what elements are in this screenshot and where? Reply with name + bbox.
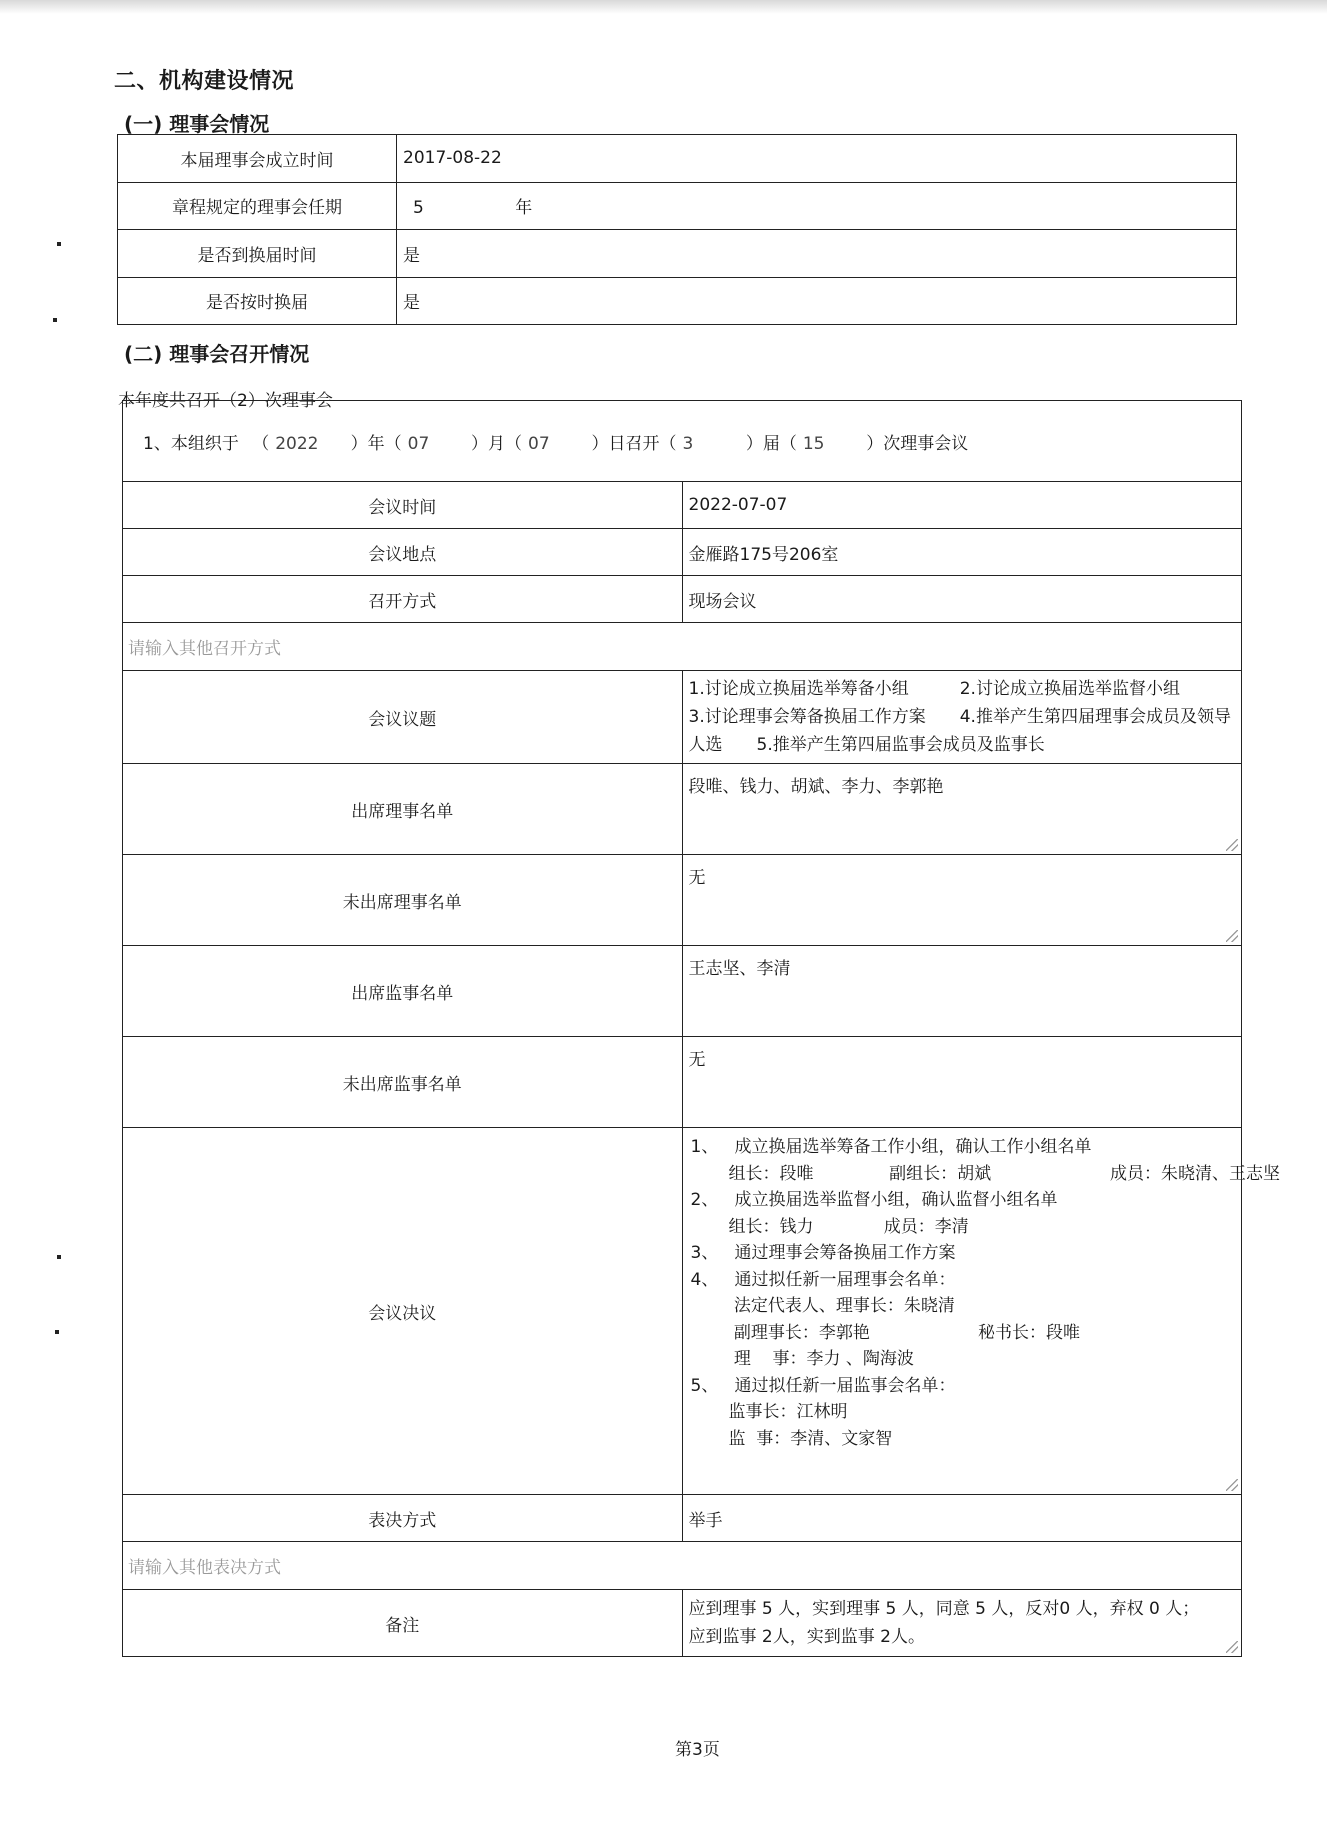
voting-method-field[interactable]: 举手 (682, 1495, 1242, 1542)
intro-text: ）日召开（ (591, 429, 676, 454)
resolution-line: 5、 通过拟任新一届监事会名单： (691, 1373, 1234, 1400)
absent-directors-textarea[interactable]: 无 (682, 855, 1242, 946)
resolution-line: 3、 通过理事会筹备换届工作方案 (691, 1240, 1234, 1267)
field-label: 未出席监事名单 (123, 1037, 683, 1128)
resolution-line: 副理事长：李郭艳 秘书长：段唯 (691, 1320, 1234, 1347)
resolution-line: 4、 通过拟任新一届理事会名单： (691, 1267, 1234, 1294)
year-field[interactable]: 2022 (269, 434, 345, 454)
section-title: 二、机构建设情况 (114, 64, 294, 95)
absent-supervisors-textarea[interactable]: 无 (682, 1037, 1242, 1128)
table-row: 未出席监事名单 无 (123, 1037, 1242, 1128)
attending-directors-textarea[interactable]: 段唯、钱力、胡斌、李力、李郭艳 (682, 764, 1242, 855)
field-label: 会议议题 (123, 671, 683, 764)
meeting-table: 1、本组织于 （2022 ）年（07 ）月（07 ）日召开（3 ）届（15 ）次… (122, 400, 1242, 1657)
scan-speck (55, 1330, 59, 1334)
table-row: 出席监事名单 王志坚、李清 (123, 946, 1242, 1037)
board-info-title: (一) 理事会情况 (124, 108, 269, 137)
table-row: 备注 应到理事 5 人，实到理事 5 人，同意 5 人，反对0 人，弃权 0 人… (123, 1590, 1242, 1657)
resolution-line: 理 事：李力 、陶海波 (691, 1346, 1234, 1373)
day-field[interactable]: 07 (522, 434, 586, 454)
table-row: 请输入其他表决方式 (123, 1542, 1242, 1590)
field-label: 本届理事会成立时间 (118, 135, 397, 183)
term-field[interactable]: 5 年 (397, 182, 1237, 230)
resize-handle-icon[interactable] (1226, 930, 1238, 942)
attending-supervisors-textarea[interactable]: 王志坚、李清 (682, 946, 1242, 1037)
resize-handle-icon[interactable] (1226, 839, 1238, 851)
field-label: 是否按时换届 (118, 277, 397, 325)
field-label: 表决方式 (123, 1495, 683, 1542)
page-number: 第3页 (675, 1735, 720, 1760)
absent-supervisors-value: 无 (689, 1050, 706, 1070)
attending-supervisors-value: 王志坚、李清 (689, 959, 791, 979)
table-row: 出席理事名单 段唯、钱力、胡斌、李力、李郭艳 (123, 764, 1242, 855)
intro-text: ）次理事会议 (866, 429, 968, 454)
meeting-method-field[interactable]: 现场会议 (682, 576, 1242, 623)
table-row: 会议议题 1.讨论成立换届选举筹备小组 2.讨论成立换届选举监督小组 3.讨论理… (123, 671, 1242, 764)
meeting-location-field[interactable]: 金雁路175号206室 (682, 529, 1242, 576)
other-method-input[interactable]: 请输入其他召开方式 (123, 623, 1242, 671)
field-label: 会议时间 (123, 482, 683, 529)
board-info-table: 本届理事会成立时间 2017-08-22 章程规定的理事会任期 5 年 是否到换… (117, 134, 1237, 325)
meeting-header: 1、本组织于 （2022 ）年（07 ）月（07 ）日召开（3 ）届（15 ）次… (123, 401, 1242, 482)
field-label: 出席监事名单 (123, 946, 683, 1037)
scan-speck (53, 318, 57, 322)
table-row: 未出席理事名单 无 (123, 855, 1242, 946)
resolution-line: 法定代表人、理事长：朱晓清 (691, 1293, 1234, 1320)
session-field[interactable]: 3 (676, 434, 740, 454)
resize-handle-icon[interactable] (1226, 1641, 1238, 1653)
table-row: 1、本组织于 （2022 ）年（07 ）月（07 ）日召开（3 ）届（15 ）次… (123, 401, 1242, 482)
attending-directors-value: 段唯、钱力、胡斌、李力、李郭艳 (689, 777, 944, 797)
on-time-field[interactable]: 是 (397, 277, 1237, 325)
table-row: 会议地点 金雁路175号206室 (123, 529, 1242, 576)
resolution-line: 1、 成立换届选举筹备工作小组，确认工作小组名单 (691, 1134, 1234, 1161)
table-row: 会议决议 1、 成立换届选举筹备工作小组，确认工作小组名单 组长：段唯 副组长：… (123, 1128, 1242, 1495)
resize-handle-icon[interactable] (1226, 1479, 1238, 1491)
absent-directors-value: 无 (689, 868, 706, 888)
field-label: 备注 (123, 1590, 683, 1657)
remarks-line: 应到理事 5 人，实到理事 5 人，同意 5 人，反对0 人，弃权 0 人； (689, 1595, 1236, 1623)
resolutions-textarea[interactable]: 1、 成立换届选举筹备工作小组，确认工作小组名单 组长：段唯 副组长：胡斌 成员… (682, 1128, 1242, 1495)
intro-text: ）月（ (471, 429, 522, 454)
term-unit: 年 (429, 198, 532, 218)
resolution-line: 组长：段唯 副组长：胡斌 成员：朱晓清、王志坚 (691, 1161, 1234, 1188)
term-value: 5 (403, 198, 424, 218)
field-label: 未出席理事名单 (123, 855, 683, 946)
remarks-line: 应到监事 2人，实到监事 2人。 (689, 1623, 1236, 1651)
other-voting-input[interactable]: 请输入其他表决方式 (123, 1542, 1242, 1590)
table-row: 是否按时换届 是 (118, 277, 1237, 325)
resolution-line: 2、 成立换届选举监督小组，确认监督小组名单 (691, 1187, 1234, 1214)
intro-text: ）届（ (746, 429, 797, 454)
table-row: 会议时间 2022-07-07 (123, 482, 1242, 529)
table-row: 本届理事会成立时间 2017-08-22 (118, 135, 1237, 183)
field-label: 章程规定的理事会任期 (118, 182, 397, 230)
intro-text: 1、本组织于 (143, 429, 239, 454)
field-label: 出席理事名单 (123, 764, 683, 855)
resolution-line: 监事长：江林明 (691, 1399, 1234, 1426)
resolution-line: 监 事：李清、文家智 (691, 1426, 1234, 1453)
remarks-textarea[interactable]: 应到理事 5 人，实到理事 5 人，同意 5 人，反对0 人，弃权 0 人； 应… (682, 1590, 1242, 1657)
resolution-line: 组长：钱力 成员：李清 (691, 1214, 1234, 1241)
table-row: 是否到换届时间 是 (118, 230, 1237, 278)
scan-speck (57, 242, 61, 246)
field-label: 召开方式 (123, 576, 683, 623)
table-row: 召开方式 现场会议 (123, 576, 1242, 623)
table-row: 章程规定的理事会任期 5 年 (118, 182, 1237, 230)
field-label: 会议决议 (123, 1128, 683, 1495)
intro-text: ）年（ (351, 429, 402, 454)
table-row: 表决方式 举手 (123, 1495, 1242, 1542)
scan-speck (57, 1255, 61, 1259)
month-field[interactable]: 07 (402, 434, 466, 454)
board-meetings-title: (二) 理事会召开情况 (124, 338, 309, 367)
term-due-field[interactable]: 是 (397, 230, 1237, 278)
agenda-field[interactable]: 1.讨论成立换届选举筹备小组 2.讨论成立换届选举监督小组 3.讨论理事会筹备换… (682, 671, 1242, 764)
field-label: 会议地点 (123, 529, 683, 576)
scan-edge-shadow (0, 0, 1327, 14)
meeting-time-field[interactable]: 2022-07-07 (682, 482, 1242, 529)
field-label: 是否到换届时间 (118, 230, 397, 278)
established-date-field[interactable]: 2017-08-22 (397, 135, 1237, 183)
table-row: 请输入其他召开方式 (123, 623, 1242, 671)
meeting-number-field[interactable]: 15 (797, 434, 861, 454)
